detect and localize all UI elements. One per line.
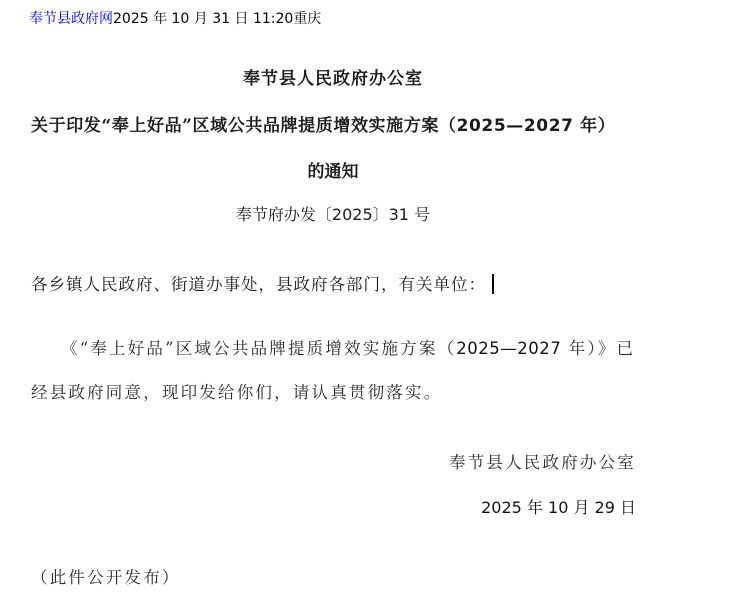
document-title-line2: 的通知 [0,160,666,184]
body-paragraph: 《“奉上好品”区域公共品牌提质增效实施方案（2025—2027 年）》已 经县政… [31,338,651,404]
publish-datetime: 2025 年 10 月 31 日 11:20 [113,11,293,27]
publish-location: 重庆 [293,11,321,27]
site-link[interactable]: 奉节县政府网 [29,11,113,27]
issuer-heading: 奉节县人民政府办公室 [0,67,666,91]
addressee-text: 各乡镇人民政府、街道办事处，县政府各部门，有关单位： [31,275,486,294]
title-years: 2025—2027 [457,116,574,136]
signature-date: 2025 年 10 月 29 日 [481,497,636,519]
document-title-line1: 关于印发“奉上好品”区域公共品牌提质增效实施方案（2025—2027 年） [31,114,615,138]
signature-organization: 奉节县人民政府办公室 [449,452,636,474]
body-line1-years: 2025—2027 [456,339,561,358]
body-line1-suffix: 年）》已 [561,339,635,358]
title-prefix: 关于印发“奉上好品”区域公共品牌提质增效实施方案（ [31,116,457,136]
document-number: 奉节府办发〔2025〕31 号 [0,204,666,226]
body-line-1: 《“奉上好品”区域公共品牌提质增效实施方案（2025—2027 年）》已 [31,338,651,360]
text-cursor [492,274,494,294]
article-header: 奉节县政府网2025 年 10 月 31 日 11:20重庆 [29,10,321,28]
body-line1-prefix: 《“奉上好品”区域公共品牌提质增效实施方案（ [61,339,456,358]
body-line-2: 经县政府同意，现印发给你们，请认真贯彻落实。 [31,382,651,404]
public-release-note: （此件公开发布） [31,567,181,589]
addressee-line: 各乡镇人民政府、街道办事处，县政府各部门，有关单位： [31,274,494,296]
title-suffix: 年） [574,116,616,136]
